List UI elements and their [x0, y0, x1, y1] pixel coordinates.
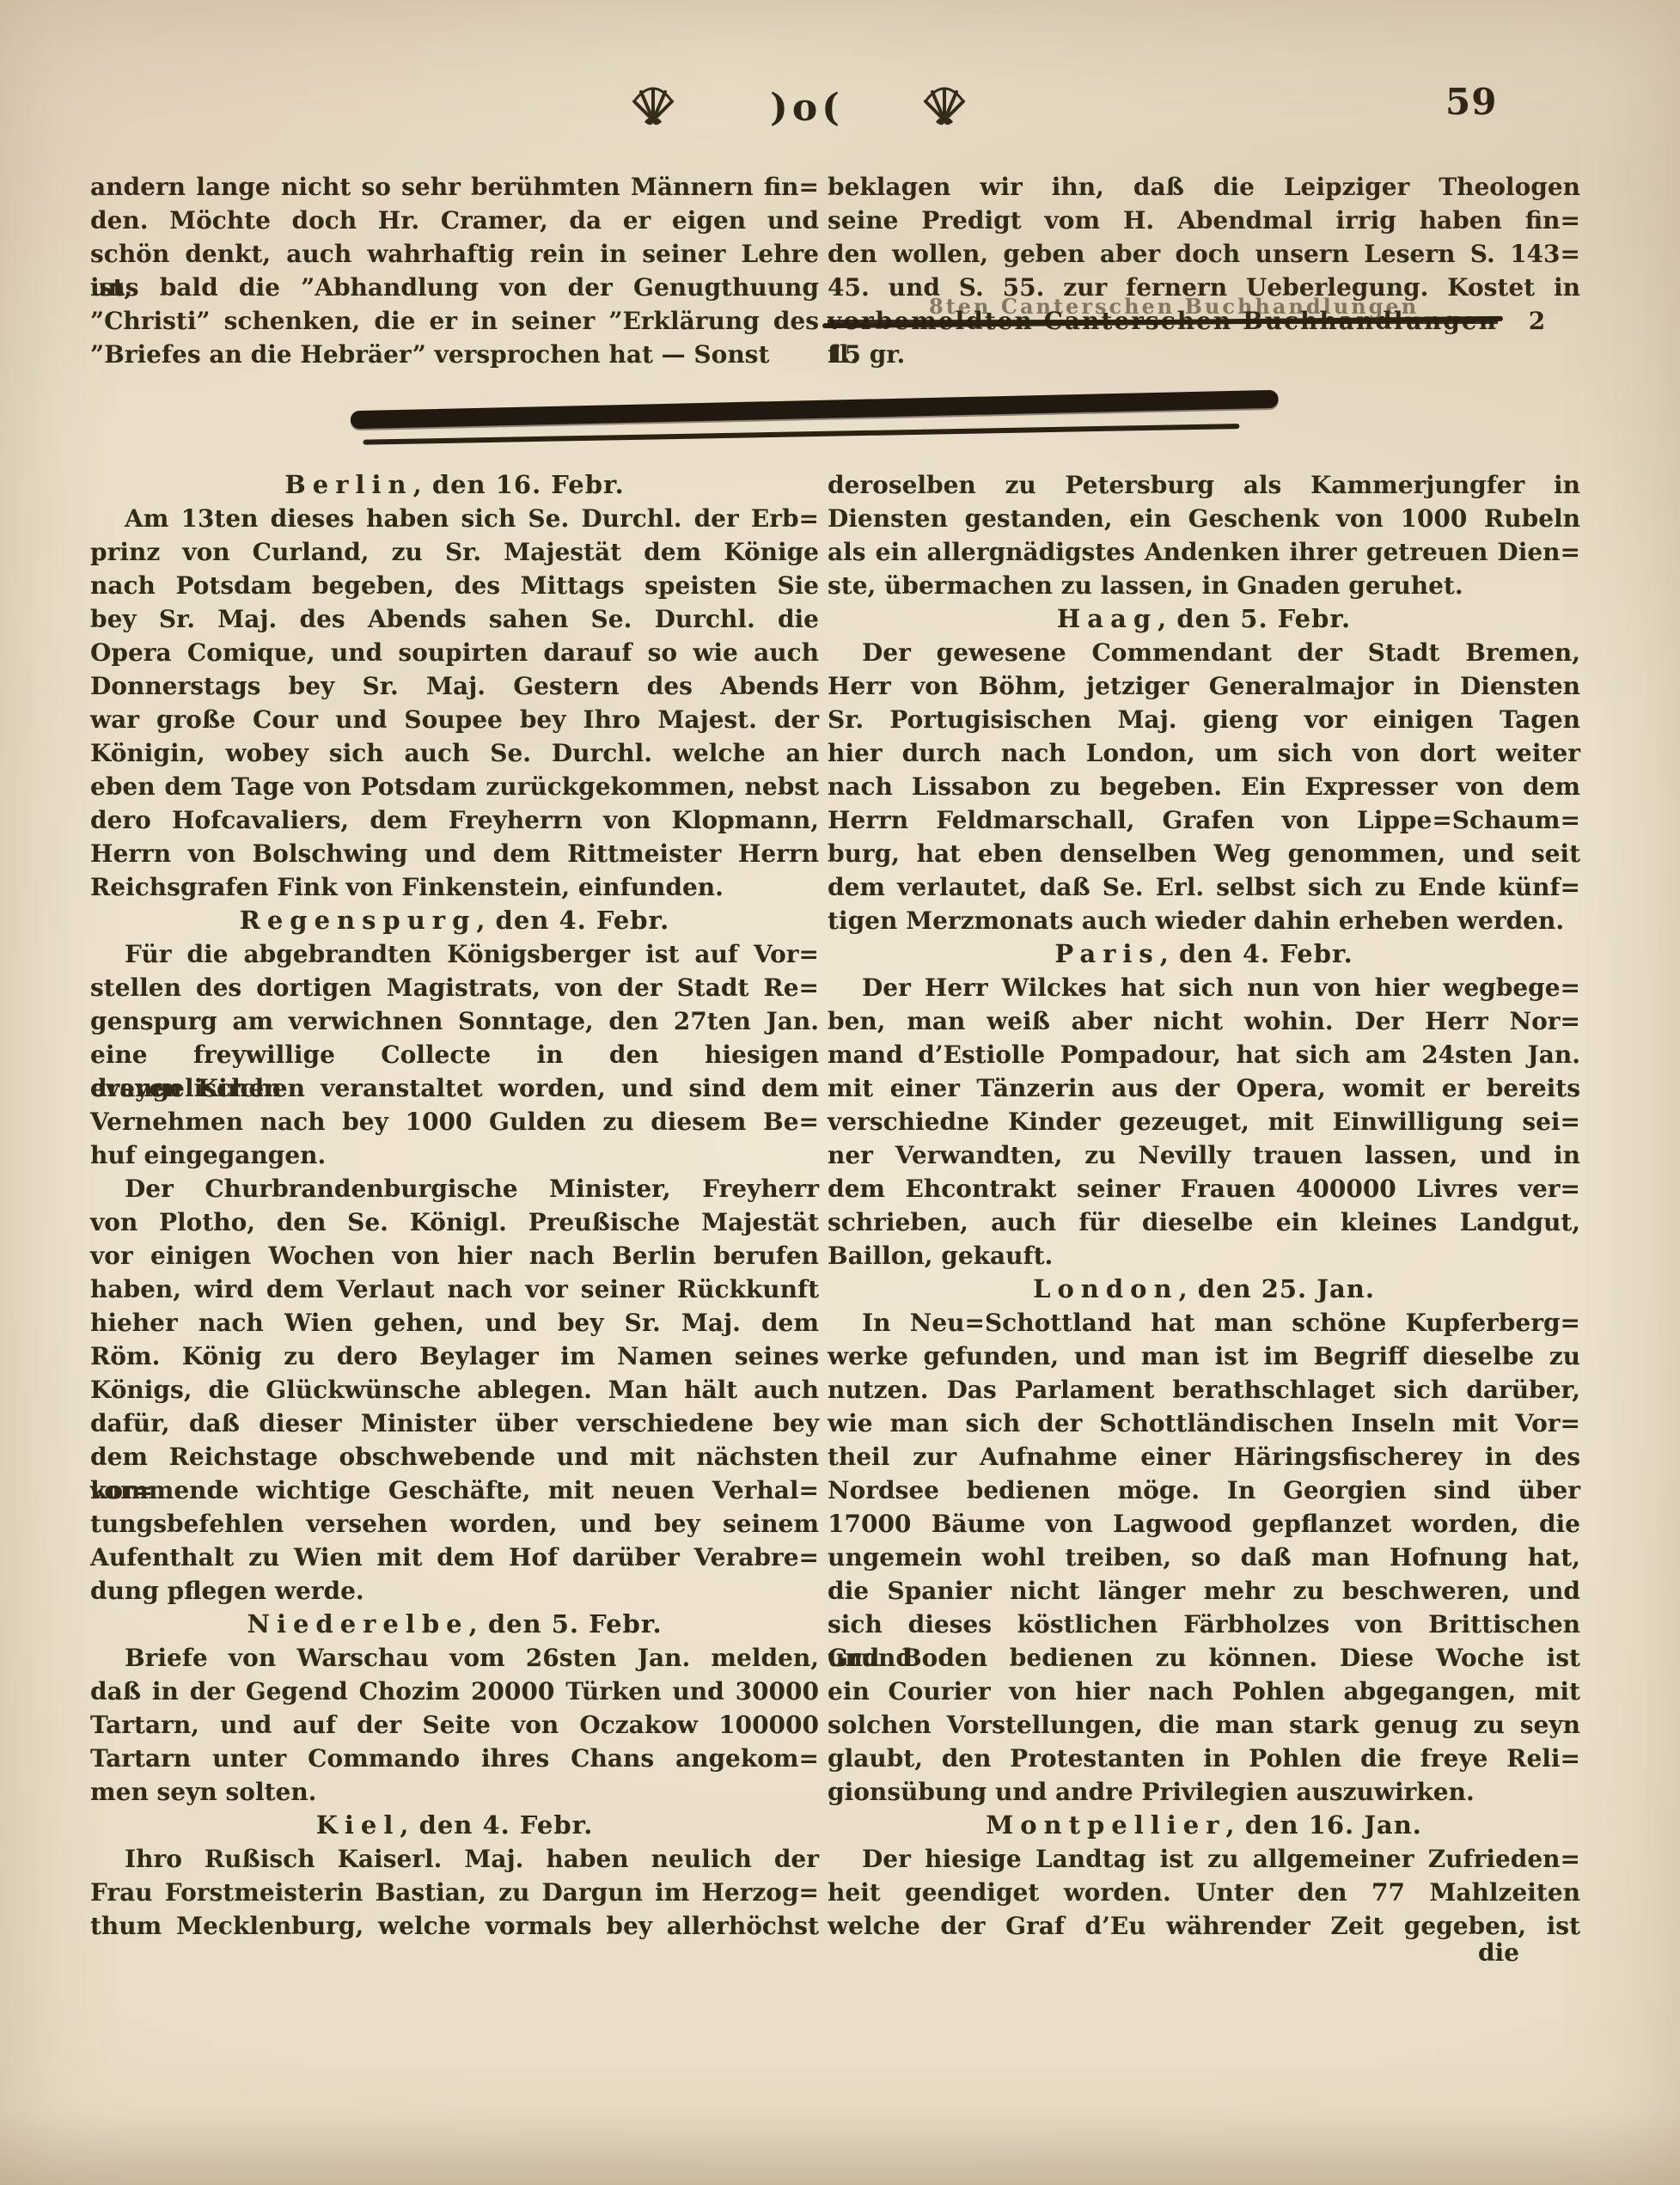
censored-line: 8ten Canterschen Buchhandlungen vorbemel… [828, 304, 1580, 338]
text-line: thum Mecklenburg, welche vormals bey all… [90, 1909, 819, 1943]
text-line: Opera Comique, und soupirten darauf so w… [90, 636, 819, 669]
text-line: Der hiesige Landtag ist zu allgemeiner Z… [828, 1842, 1580, 1876]
text-line: burg, hat eben denselben Weg genommen, u… [828, 837, 1580, 870]
text-line: Baillon, gekauft. [828, 1239, 1580, 1273]
text-line: Vernehmen nach bey 1000 Gulden zu diesem… [90, 1105, 819, 1138]
text-line: prinz von Curland, zu Sr. Majestät dem K… [90, 535, 819, 569]
text-line: 15 gr. [828, 338, 1580, 371]
dateline-date: , den 4. Febr. [476, 906, 669, 935]
dateline-city: Kiel [316, 1810, 400, 1840]
dateline-city: Berlin [284, 470, 412, 499]
text-line: solchen Vorstellungen, die man stark gen… [828, 1708, 1580, 1742]
text-line: nutzen. Das Parlament berathschlaget sic… [828, 1373, 1580, 1407]
text-line: Königin, wobey sich auch Se. Durchl. wel… [90, 736, 819, 770]
intro-section: andern lange nicht so sehr berühmten Män… [90, 170, 1580, 371]
divider-thick-bar [351, 390, 1279, 429]
text-line: ste, übermachen zu lassen, in Gnaden ger… [828, 569, 1580, 602]
text-line: Der Herr Wilckes hat sich nun von hier w… [828, 971, 1580, 1004]
text-line: mand d’Estiolle Pompadour, hat sich am 2… [828, 1038, 1580, 1071]
text-line: 17000 Bäume von Lagwood gepflanzet worde… [828, 1507, 1580, 1541]
text-line: beklagen wir ihn, daß die Leipziger Theo… [828, 170, 1580, 204]
text-line: hieher nach Wien gehen, und bey Sr. Maj.… [90, 1306, 819, 1340]
text-line: seine Predigt vom H. Abendmal irrig habe… [828, 204, 1580, 237]
dateline-date: , den 5. Febr. [469, 1609, 663, 1639]
text-line: huf eingegangen. [90, 1138, 819, 1172]
text-line: theil zur Aufnahme einer Häringsfischere… [828, 1440, 1580, 1474]
text-line: eben dem Tage von Potsdam zurückgekommen… [90, 770, 819, 803]
dateline-date: , den 16. Febr. [413, 470, 625, 499]
text-line: Herrn Feldmarschall, Grafen von Lippe=Sc… [828, 803, 1580, 837]
dateline-city: Montpellier [986, 1810, 1225, 1840]
text-line: ner Verwandten, zu Nevilly trauen lassen… [828, 1138, 1580, 1172]
text-line: werke gefunden, und man ist im Begriff d… [828, 1340, 1580, 1373]
intro-right-column: beklagen wir ihn, daß die Leipziger Theo… [828, 170, 1580, 371]
text-line: Nordsee bedienen möge. In Georgien sind … [828, 1474, 1580, 1507]
text-line: dreyen Kirchen veranstaltet worden, und … [90, 1071, 819, 1105]
text-line: schön denkt, auch wahrhaftig rein in sei… [90, 237, 819, 271]
section-divider-rule [351, 390, 1280, 447]
text-line: Sr. Portugisischen Maj. gieng vor einige… [828, 703, 1580, 736]
text-line: mit einer Tänzerin aus der Opera, womit … [828, 1071, 1580, 1105]
article-heading: Niederelbe, den 5. Febr. [90, 1608, 819, 1641]
text-line: Briefe von Warschau vom 26sten Jan. meld… [90, 1641, 819, 1675]
text-line: wie man sich der Schottländischen Inseln… [828, 1407, 1580, 1440]
article-heading: Haag, den 5. Febr. [828, 602, 1580, 636]
text-line: ben, man weiß aber nicht wohin. Der Herr… [828, 1004, 1580, 1038]
text-line: Frau Forstmeisterin Bastian, zu Dargun i… [90, 1876, 819, 1909]
text-line: nach Potsdam begeben, des Mittags speist… [90, 569, 819, 602]
article-heading: Paris, den 4. Febr. [828, 937, 1580, 971]
text-line: als ein allergnädigstes Andenken ihrer g… [828, 535, 1580, 569]
text-line: von Plotho, den Se. Königl. Preußische M… [90, 1205, 819, 1239]
text-line: Herrn von Bolschwing und dem Rittmeister… [90, 837, 819, 870]
left-column: Berlin, den 16. Febr.Am 13ten dieses hab… [90, 468, 819, 1943]
text-line: den. Möchte doch Hr. Cramer, da er eigen… [90, 204, 819, 237]
text-line: glaubt, den Protestanten in Pohlen die f… [828, 1742, 1580, 1775]
dateline-date: , den 4. Febr. [400, 1810, 593, 1840]
text-line: uns bald die ”Abhandlung von der Genugth… [90, 271, 819, 304]
right-column: deroselben zu Petersburg als Kammerjungf… [828, 468, 1580, 1943]
shell-ornament-icon [630, 82, 676, 127]
article-heading: London, den 25. Jan. [828, 1273, 1580, 1306]
article-heading: Kiel, den 4. Febr. [90, 1809, 819, 1842]
text-line: Für die abgebrandten Königsberger ist au… [90, 937, 819, 971]
text-line: Donnerstags bey Sr. Maj. Gestern des Abe… [90, 669, 819, 703]
dateline-city: Niederelbe [247, 1609, 468, 1639]
text-line: Tartarn, und auf der Seite von Oczakow 1… [90, 1708, 819, 1742]
text-line: genspurg am verwichnen Sonntage, den 27t… [90, 1004, 819, 1038]
catchword: die [827, 1936, 1519, 1969]
page-number: 59 [1445, 81, 1497, 123]
text-line: dero Hofcavaliers, dem Freyherrn von Klo… [90, 803, 819, 837]
text-line: Der Churbrandenburgische Minister, Freyh… [90, 1172, 819, 1205]
text-line: war große Cour und Soupee bey Ihro Majes… [90, 703, 819, 736]
text-line: dem verlautet, daß Se. Erl. selbst sich … [828, 870, 1580, 904]
dateline-date: , den 5. Febr. [1158, 604, 1351, 633]
article-heading: Berlin, den 16. Febr. [90, 468, 819, 502]
text-line: Der gewesene Commendant der Stadt Bremen… [828, 636, 1580, 669]
text-line: ein Courier von hier nach Pohlen abgegan… [828, 1675, 1580, 1708]
text-line: Diensten gestanden, ein Geschenk von 100… [828, 502, 1580, 535]
text-line: tigen Merzmonats auch wieder dahin erheb… [828, 904, 1580, 937]
dateline-city: Regenspurg [240, 906, 477, 935]
article-heading: Montpellier, den 16. Jan. [828, 1809, 1580, 1842]
text-line: deroselben zu Petersburg als Kammerjungf… [828, 468, 1580, 502]
text-line: hier durch nach London, um sich von dort… [828, 736, 1580, 770]
dateline-city: Paris [1054, 939, 1159, 968]
dateline-city: Haag [1057, 604, 1158, 633]
article-heading: Regenspurg, den 4. Febr. [90, 904, 819, 937]
dateline-city: London [1033, 1274, 1179, 1303]
text-line: gionsübung und andre Privilegien auszuwi… [828, 1775, 1580, 1809]
text-line: Tartarn unter Commando ihres Chans angek… [90, 1742, 819, 1775]
text-line: schrieben, auch für dieselbe ein kleines… [828, 1205, 1580, 1239]
censored-struck-text: vorbemeldten Canterschen Buchhandlungen [828, 307, 1498, 335]
text-line: men seyn solten. [90, 1775, 819, 1809]
text-line: vor einigen Wochen von hier nach Berlin … [90, 1239, 819, 1273]
text-line: dem Ehcontrakt seiner Frauen 400000 Livr… [828, 1172, 1580, 1205]
text-line: ungemein wohl treiben, so daß man Hofnun… [828, 1541, 1580, 1574]
text-line: dafür, daß dieser Minister über verschie… [90, 1407, 819, 1440]
text-line: bey Sr. Maj. des Abends sahen Se. Durchl… [90, 602, 819, 636]
intro-left-column: andern lange nicht so sehr berühmten Män… [90, 170, 819, 371]
text-line: Am 13ten dieses haben sich Se. Durchl. d… [90, 502, 819, 535]
text-line: dem Reichstage obschwebende und mit näch… [90, 1440, 819, 1474]
dateline-date: , den 16. Jan. [1226, 1810, 1422, 1840]
newspaper-page: )o( 59 andern lange nicht so sehr berühm… [0, 0, 1680, 2185]
dateline-date: , den 25. Jan. [1179, 1274, 1375, 1303]
text-line: daß in der Gegend Chozim 20000 Türken un… [90, 1675, 819, 1708]
text-line: den wollen, geben aber doch unsern Leser… [828, 237, 1580, 271]
text-line: eine freywillige Collecte in den hiesige… [90, 1038, 819, 1071]
text-line: Aufenthalt zu Wien mit dem Hof darüber V… [90, 1541, 819, 1574]
text-line: Königs, die Glückwünsche ablegen. Man hä… [90, 1373, 819, 1407]
text-line: verschiedne Kinder gezeuget, mit Einwill… [828, 1105, 1580, 1138]
text-line: In Neu=Schottland hat man schöne Kupferb… [828, 1306, 1580, 1340]
text-line: haben, wird dem Verlaut nach vor seiner … [90, 1273, 819, 1306]
text-line: dung pflegen werde. [90, 1574, 819, 1608]
shell-ornament-icon [921, 82, 968, 127]
text-line: die Spanier nicht länger mehr zu beschwe… [828, 1574, 1580, 1608]
divider-thin-bar [363, 424, 1239, 445]
signature-mark: )o( [770, 86, 844, 130]
text-line: Röm. König zu dero Beylager im Namen sei… [90, 1340, 819, 1373]
text-line: und Boden bedienen zu können. Diese Woch… [828, 1641, 1580, 1675]
dateline-date: , den 4. Febr. [1160, 939, 1353, 968]
text-line: nach Lissabon zu begeben. Ein Expresser … [828, 770, 1580, 803]
text-line: sich dieses köstlichen Färbholzes von Br… [828, 1608, 1580, 1641]
text-line: Reichsgrafen Fink von Finkenstein, einfu… [90, 870, 819, 904]
text-line: kommende wichtige Geschäfte, mit neuen V… [90, 1474, 819, 1507]
text-line: stellen des dortigen Magistrats, von der… [90, 971, 819, 1004]
text-line: ”Briefes an die Hebräer” versprochen hat… [90, 338, 819, 371]
text-line: Ihro Rußisch Kaiserl. Maj. haben neulich… [90, 1842, 819, 1876]
text-line: tungsbefehlen versehen worden, und bey s… [90, 1507, 819, 1541]
text-line: ”Christi” schenken, die er in seiner ”Er… [90, 304, 819, 338]
news-section: Berlin, den 16. Febr.Am 13ten dieses hab… [90, 468, 1580, 1943]
text-line: heit geendiget worden. Unter den 77 Mahl… [828, 1876, 1580, 1909]
text-line: Herr von Böhm, jetziger Generalmajor in … [828, 669, 1580, 703]
text-line: andern lange nicht so sehr berühmten Män… [90, 170, 819, 204]
